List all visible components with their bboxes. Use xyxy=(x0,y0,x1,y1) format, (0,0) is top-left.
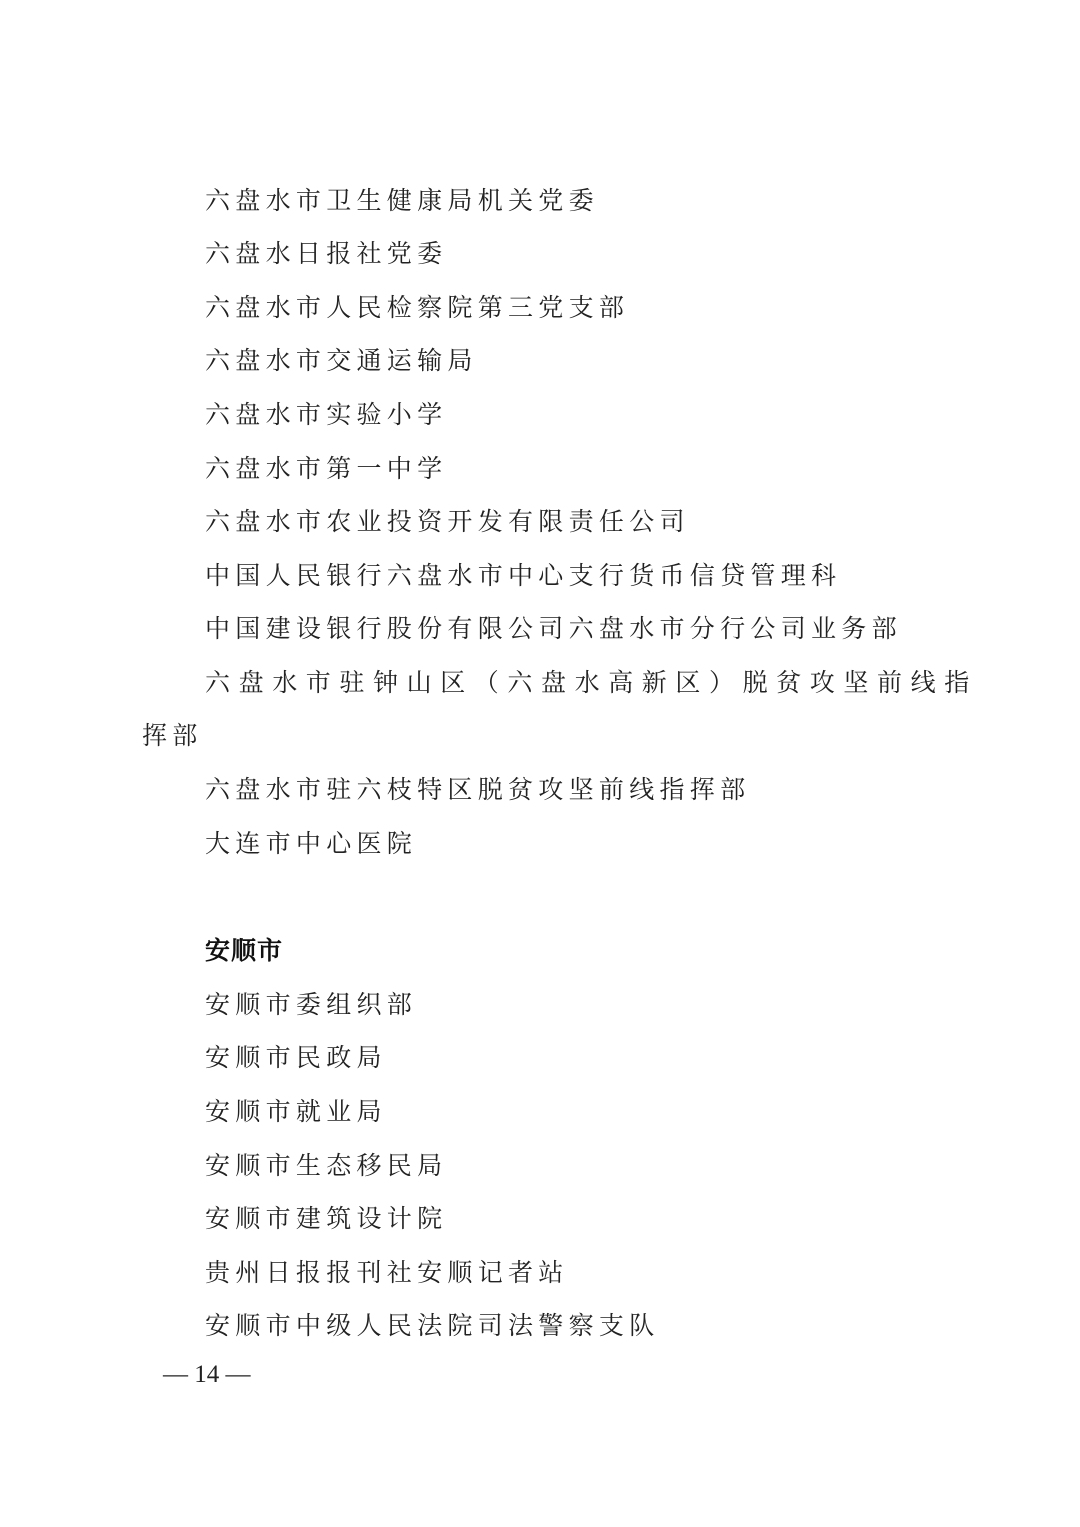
list-item: 贵州日报报刊社安顺记者站 xyxy=(205,1258,569,1288)
document-page: 六盘水市卫生健康局机关党委 六盘水日报社党委 六盘水市人民检察院第三党支部 六盘… xyxy=(0,0,1080,1527)
list-item: 中国建设银行股份有限公司六盘水市分行公司业务部 xyxy=(205,614,902,644)
list-item: 六盘水市实验小学 xyxy=(205,400,447,430)
list-item: 六盘水市卫生健康局机关党委 xyxy=(205,186,599,216)
list-item-wrapped-line-1: 六盘水市驻钟山区（六盘水高新区）脱贫攻坚前线指 xyxy=(205,668,978,698)
page-number: — 14 — xyxy=(163,1360,251,1390)
list-item: 六盘水市驻六枝特区脱贫攻坚前线指挥部 xyxy=(205,775,750,805)
list-item: 安顺市生态移民局 xyxy=(205,1151,447,1181)
list-item: 安顺市建筑设计院 xyxy=(205,1204,447,1234)
list-item: 六盘水日报社党委 xyxy=(205,239,447,269)
list-item: 大连市中心医院 xyxy=(205,829,417,859)
list-item: 六盘水市人民检察院第三党支部 xyxy=(205,293,629,323)
list-item: 中国人民银行六盘水市中心支行货币信贷管理科 xyxy=(205,561,841,591)
list-item: 六盘水市交通运输局 xyxy=(205,346,478,376)
section-heading: 安顺市 xyxy=(205,936,283,966)
list-item: 安顺市委组织部 xyxy=(205,990,417,1020)
list-item: 六盘水市农业投资开发有限责任公司 xyxy=(205,507,690,537)
list-item: 安顺市民政局 xyxy=(205,1043,387,1073)
list-item: 安顺市中级人民法院司法警察支队 xyxy=(205,1311,660,1341)
list-item: 安顺市就业局 xyxy=(205,1097,387,1127)
list-item: 六盘水市第一中学 xyxy=(205,454,447,484)
list-item-wrapped-line-2: 挥部 xyxy=(142,721,203,751)
